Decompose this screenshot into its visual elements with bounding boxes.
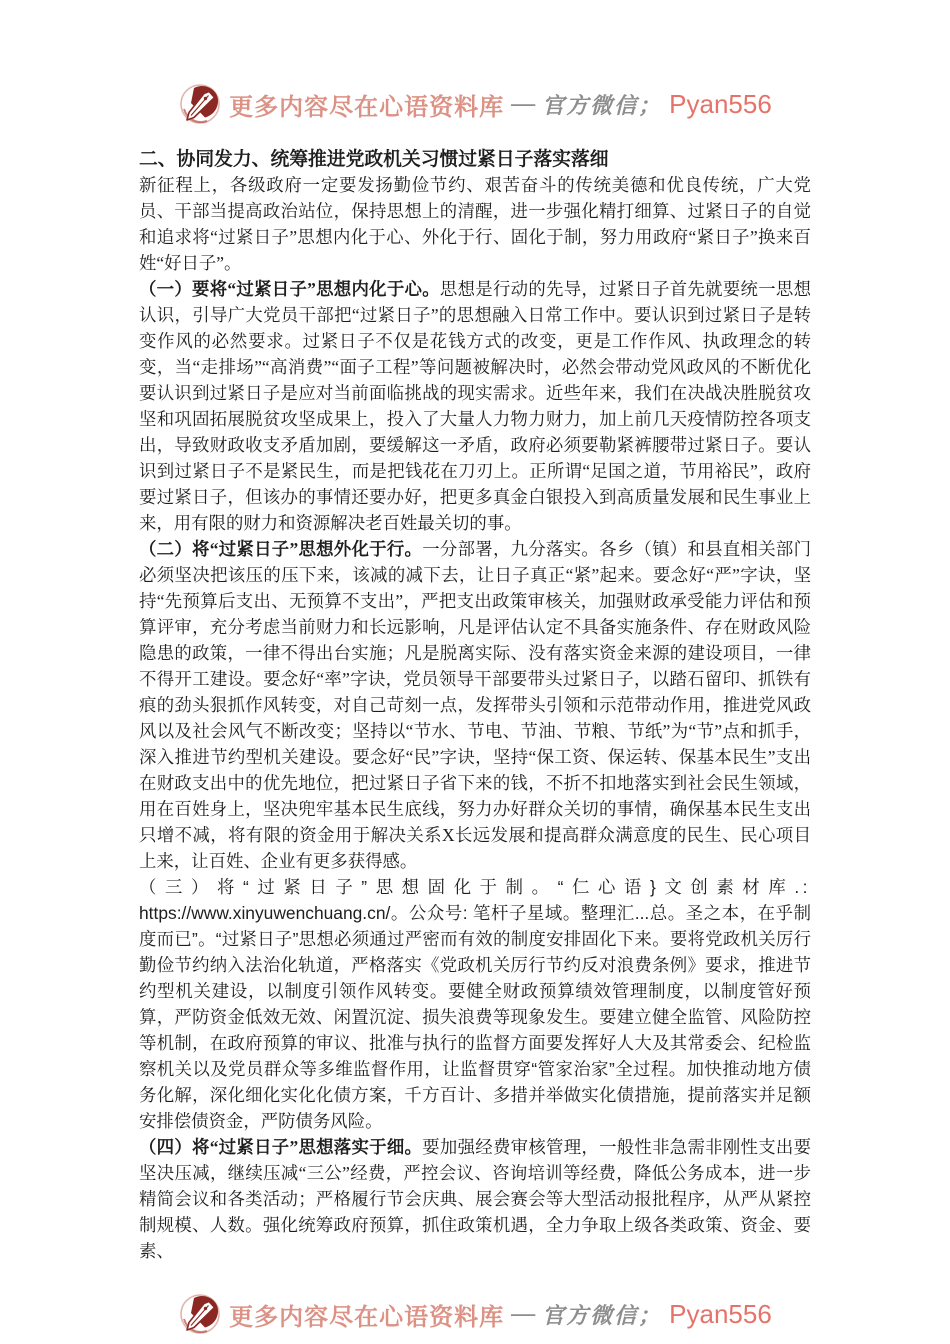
footer-pen-logo-icon (178, 1292, 222, 1336)
brand-text: 更多内容尽在心语资料库 (229, 87, 504, 122)
footer-watermark: 更多内容尽在心语资料库 — 官方微信； Pyan556 (0, 1290, 950, 1338)
wechat-label: 官方微信； (542, 89, 662, 120)
paragraph-section-3: （三）将“过紧日子”思想固化于制。“仁心语}文创素材库.: https://ww… (139, 874, 811, 1134)
paragraph-intro-body: 新征程上，各级政府一定要发扬勤俭节约、艰苦奋斗的传统美德和优良传统，广大党员、干… (139, 175, 811, 273)
embedded-watermark-head: “仁心语}文创素材库.: (558, 877, 811, 897)
header-watermark: 更多内容尽在心语资料库 — 官方微信； Pyan556 (0, 0, 950, 128)
paragraph-section-2: （二）将“过紧日子”思想外化于行。一分部署，九分落实。各乡（镇）和县直相关部门必… (139, 536, 811, 874)
footer-wechat-id: Pyan556 (669, 1299, 772, 1330)
brand-dash: — (511, 91, 535, 118)
document-title: 二、协同发力、统筹推进党政机关习惯过紧日子落实落细 (139, 146, 811, 172)
section-3-heading: （三）将“过紧日子”思想固化于制。 (139, 877, 558, 897)
footer-wechat-label: 官方微信； (542, 1299, 662, 1330)
footer-brand-text: 更多内容尽在心语资料库 (229, 1297, 504, 1332)
pen-logo-icon (178, 82, 222, 126)
section-3-body: “过紧日子”思想必须通过严密而有效的制度安排固化下来。要将党政机关厉行勤俭节约纳… (139, 929, 811, 1131)
document-content: 二、协同发力、统筹推进党政机关习惯过紧日子落实落细 新征程上，各级政府一定要发扬… (139, 146, 811, 1264)
document-page: 更多内容尽在心语资料库 — 官方微信； Pyan556 二、协同发力、统筹推进党… (0, 0, 950, 1344)
paragraph-section-1: （一）要将“过紧日子”思想内化于心。思想是行动的先导，过紧日子首先就要统一思想认… (139, 276, 811, 536)
paragraph-intro: 新征程上，各级政府一定要发扬勤俭节约、艰苦奋斗的传统美德和优良传统，广大党员、干… (139, 172, 811, 276)
section-1-heading: （一）要将“过紧日子”思想内化于心。 (139, 279, 440, 299)
section-2-heading: （二）将“过紧日子”思想外化于行。 (139, 539, 422, 559)
section-4-heading: （四）将“过紧日子”思想落实于细。 (139, 1137, 422, 1157)
paragraph-section-4: （四）将“过紧日子”思想落实于细。要加强经费审核管理，一般性非急需非刚性支出要坚… (139, 1134, 811, 1264)
wechat-id: Pyan556 (669, 89, 772, 120)
section-1-body: 思想是行动的先导，过紧日子首先就要统一思想认识，引导广大党员干部把“过紧日子”的… (139, 279, 811, 533)
footer-brand-dash: — (511, 1301, 535, 1328)
section-2-body: 一分部署，九分落实。各乡（镇）和县直相关部门必须坚决把该压的压下来，该减的减下去… (139, 539, 811, 871)
